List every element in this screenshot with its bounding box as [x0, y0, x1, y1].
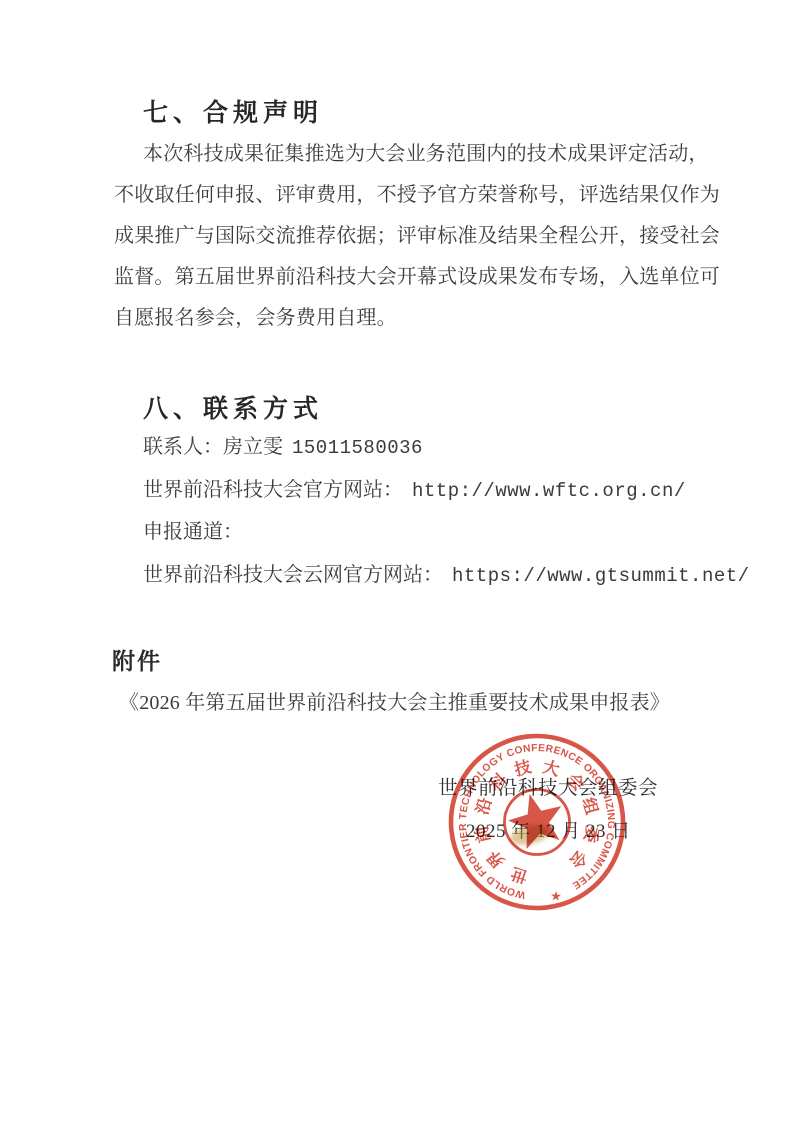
official-seal-stamp: WORLD FRONTIER TECHNOLOGY CONFERENCE ORG…	[442, 727, 632, 917]
seal-bottom-star-icon: ★	[550, 889, 562, 905]
compliance-paragraph: 本次科技成果征集推选为大会业务范围内的技术成果评定活动， 不收取任何申报、评审费…	[114, 134, 704, 339]
paragraph-line: 不收取任何申报、评审费用，不授予官方荣誉称号，评选结果仅作为	[114, 175, 704, 216]
cloud-site-line: 世界前沿科技大会云网官方网站：https://www.gtsummit.net/	[143, 555, 750, 598]
cloud-site-url: https://www.gtsummit.net/	[452, 565, 750, 587]
paragraph-line: 本次科技成果征集推选为大会业务范围内的技术成果评定活动，	[114, 134, 704, 175]
cloud-site-label: 世界前沿科技大会云网官方网站：	[143, 564, 443, 586]
contact-phone: 15011580036	[292, 437, 423, 459]
document-page: 七、合规声明 本次科技成果征集推选为大会业务范围内的技术成果评定活动， 不收取任…	[0, 0, 799, 1131]
section-contact-heading: 八、联系方式	[143, 389, 323, 425]
official-site-line: 世界前沿科技大会官方网站：http://www.wftc.org.cn/	[143, 470, 750, 513]
attachment-title: 《2026 年第五届世界前沿科技大会主推重要技术成果申报表》	[119, 686, 670, 715]
paragraph-line: 自愿报名参会，会务费用自理。	[114, 298, 704, 339]
official-site-label: 世界前沿科技大会官方网站：	[143, 479, 403, 501]
application-channel-line: 申报通道：	[143, 512, 750, 555]
official-site-url: http://www.wftc.org.cn/	[412, 480, 686, 502]
contact-person-label: 联系人：房立雯	[143, 436, 283, 458]
application-channel-label: 申报通道：	[143, 521, 243, 543]
paragraph-line: 成果推广与国际交流推荐依据；评审标准及结果全程公开，接受社会	[114, 216, 704, 257]
paragraph-line: 监督。第五届世界前沿科技大会开幕式设成果发布专场，入选单位可	[114, 257, 704, 298]
seal-body: WORLD FRONTIER TECHNOLOGY CONFERENCE ORG…	[442, 727, 631, 916]
contact-info: 联系人：房立雯15011580036 世界前沿科技大会官方网站：http://w…	[143, 427, 750, 597]
attachment-label: 附件	[112, 643, 162, 676]
section-compliance-heading: 七、合规声明	[143, 93, 323, 129]
contact-person-line: 联系人：房立雯15011580036	[143, 427, 750, 470]
